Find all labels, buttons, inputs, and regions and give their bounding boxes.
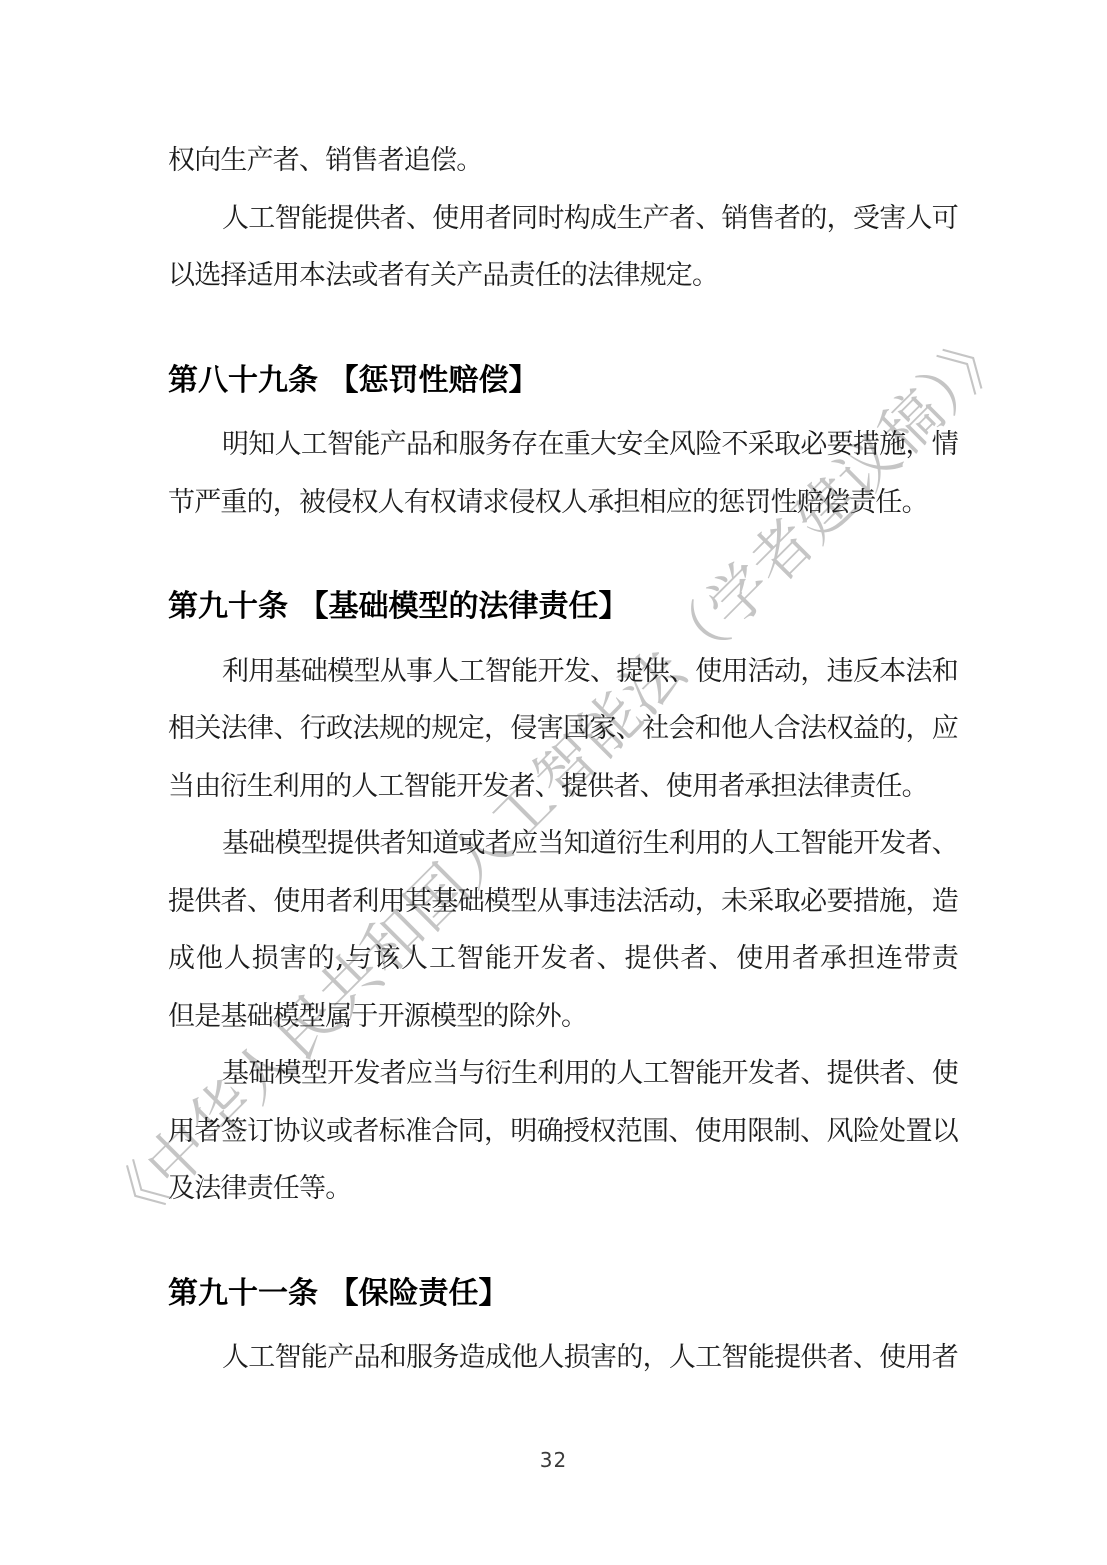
body-line: 利用基础模型从事人工智能开发、提供、使用活动，违反本法和 — [168, 643, 958, 701]
body-line: 提供者、使用者利用其基础模型从事违法活动，未采取必要措施，造 — [168, 873, 958, 931]
article-heading: 第九十一条 【保险责任】 — [168, 1265, 958, 1323]
article-heading: 第九十条 【基础模型的法律责任】 — [168, 578, 958, 636]
document-content: 权向生产者、销售者追偿。 人工智能提供者、使用者同时构成生产者、销售者的，受害人… — [168, 132, 958, 1387]
body-line: 当由衍生利用的人工智能开发者、提供者、使用者承担法律责任。 — [168, 758, 958, 816]
body-line: 节严重的，被侵权人有权请求侵权人承担相应的惩罚性赔偿责任。 — [168, 474, 958, 532]
page-number: 32 — [0, 1448, 1107, 1472]
body-line: 人工智能提供者、使用者同时构成生产者、销售者的，受害人可 — [168, 190, 958, 248]
article-heading: 第八十九条 【惩罚性赔偿】 — [168, 352, 958, 410]
body-line: 权向生产者、销售者追偿。 — [168, 132, 958, 190]
body-line: 基础模型开发者应当与衍生利用的人工智能开发者、提供者、使 — [168, 1045, 958, 1103]
body-line: 但是基础模型属于开源模型的除外。 — [168, 988, 958, 1046]
body-line: 基础模型提供者知道或者应当知道衍生利用的人工智能开发者、 — [168, 815, 958, 873]
body-line: 成他人损害的,与该人工智能开发者、提供者、使用者承担连带责任， — [168, 930, 958, 988]
body-line: 以选择适用本法或者有关产品责任的法律规定。 — [168, 247, 958, 305]
body-line: 用者签订协议或者标准合同，明确授权范围、使用限制、风险处置以 — [168, 1103, 958, 1161]
document-page: 《中华人民共和国人工智能法（学者建议稿）》 权向生产者、销售者追偿。 人工智能提… — [0, 0, 1107, 1565]
body-line: 及法律责任等。 — [168, 1160, 958, 1218]
body-line: 人工智能产品和服务造成他人损害的，人工智能提供者、使用者 — [168, 1329, 958, 1387]
body-line: 明知人工智能产品和服务存在重大安全风险不采取必要措施，情 — [168, 416, 958, 474]
body-line: 相关法律、行政法规的规定，侵害国家、社会和他人合法权益的，应 — [168, 700, 958, 758]
